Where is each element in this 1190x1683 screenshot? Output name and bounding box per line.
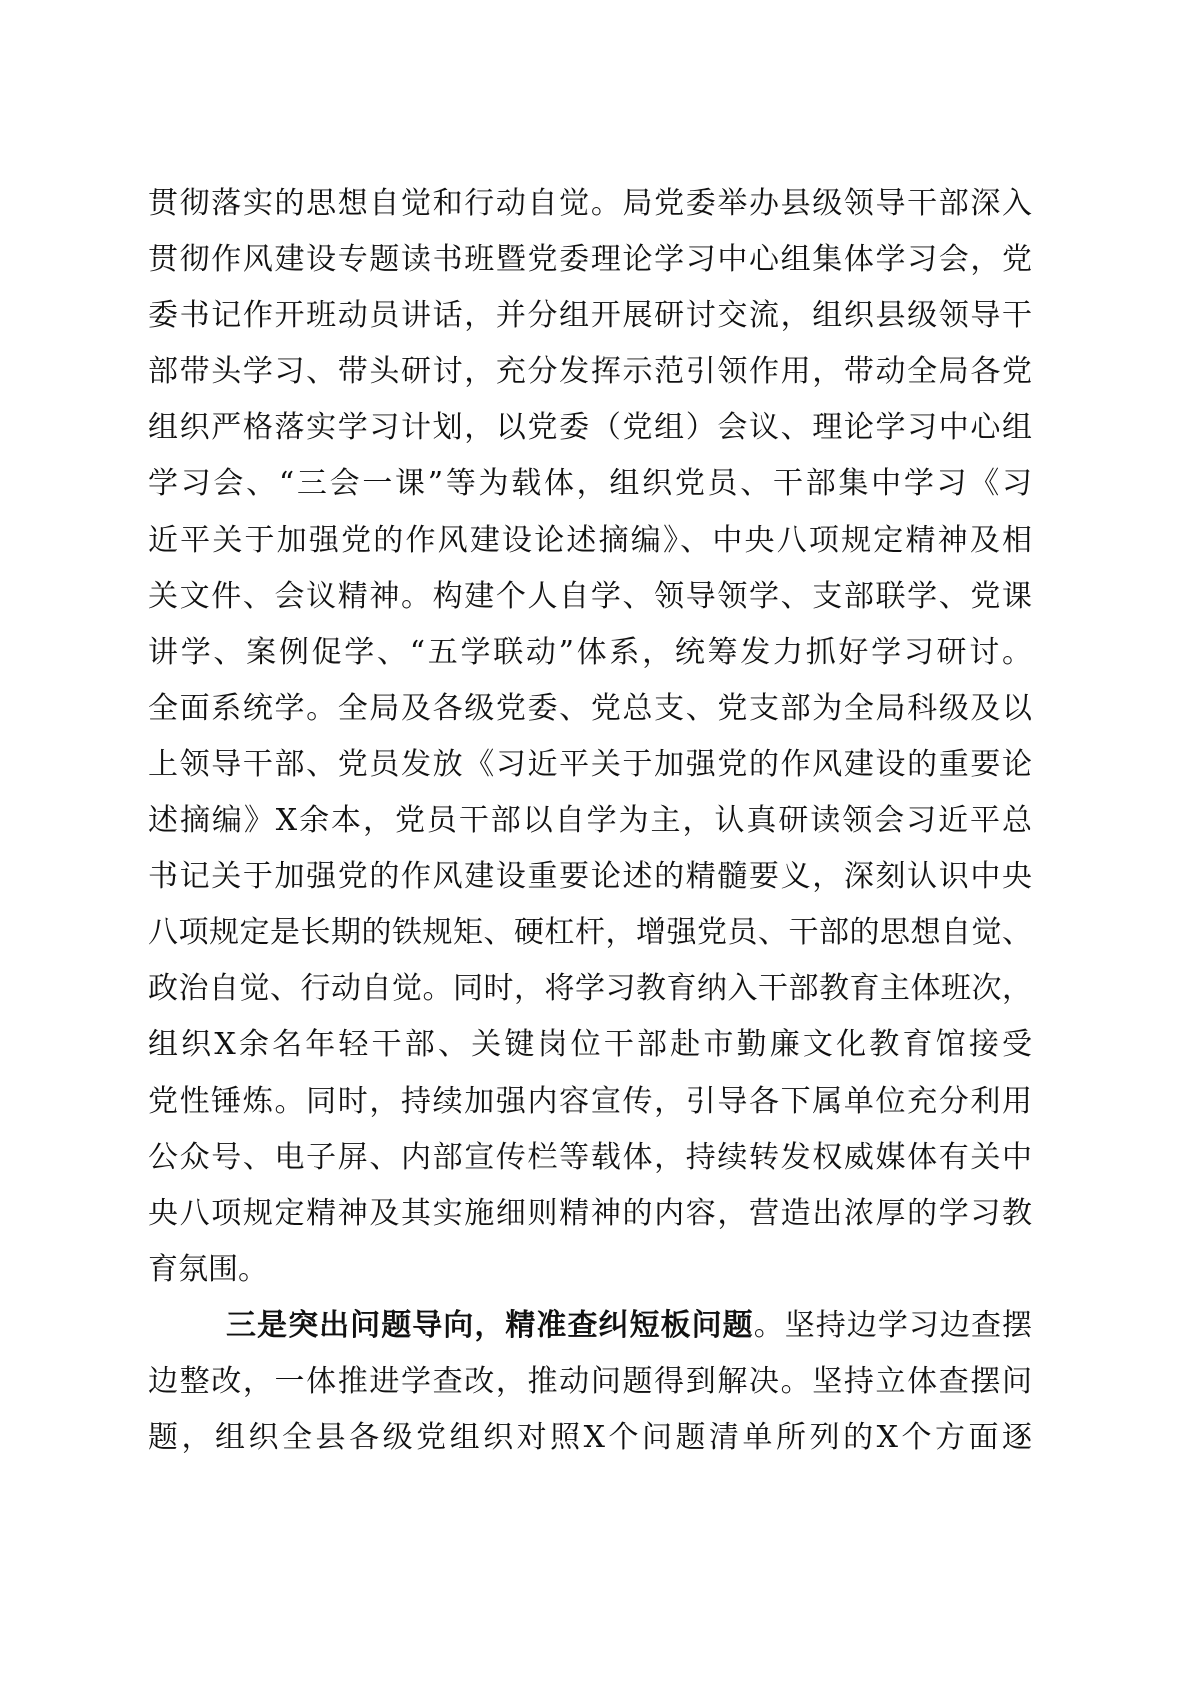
text-line: 题，组织全县各级党组织对照X个问题清单所列的X个方面逐 [148,1410,1032,1466]
text-line: 政治自觉、行动自觉。同时，将学习教育纳入干部教育主体班次， [148,961,1032,1017]
text-line: 八项规定是长期的铁规矩、硬杠杆，增强党员、干部的思想自觉、 [148,905,1032,961]
text-line: 贯彻作风建设专题读书班暨党委理论学习中心组集体学习会，党 [148,232,1032,288]
text-line: 央八项规定精神及其实施细则精神的内容，营造出浓厚的学习教 [148,1186,1032,1242]
text-line: 边整改，一体推进学查改，推动问题得到解决。坚持立体查摆问 [148,1354,1032,1410]
text-line: 贯彻落实的思想自觉和行动自觉。局党委举办县级领导干部深入 [148,176,1032,232]
section-heading: 三是突出问题导向，精准查纠短板问题 [226,1308,754,1343]
text-line: 述摘编》X余本，党员干部以自学为主，认真研读领会习近平总 [148,793,1032,849]
text-line: 公众号、电子屏、内部宣传栏等载体，持续转发权威媒体有关中 [148,1130,1032,1186]
text-line: 讲学、案例促学、“五学联动”体系，统筹发力抓好学习研讨。 [148,625,1032,681]
section-heading-line: 三是突出问题导向，精准查纠短板问题。坚持边学习边查摆 [148,1298,1032,1354]
paragraph-study-activities: 贯彻落实的思想自觉和行动自觉。局党委举办县级领导干部深入 贯彻作风建设专题读书班… [148,176,1032,1298]
text-line: 委书记作开班动员讲话，并分组开展研讨交流，组织县级领导干 [148,288,1032,344]
heading-line-continuation: 。坚持边学习边查摆 [754,1308,1032,1343]
document-page: 贯彻落实的思想自觉和行动自觉。局党委举办县级领导干部深入 贯彻作风建设专题读书班… [0,0,1190,1683]
text-line: 组织严格落实学习计划，以党委（党组）会议、理论学习中心组 [148,400,1032,456]
text-line: 党性锤炼。同时，持续加强内容宣传，引导各下属单位充分利用 [148,1074,1032,1130]
text-line: 关文件、会议精神。构建个人自学、领导领学、支部联学、党课 [148,569,1032,625]
text-line: 组织X余名年轻干部、关键岗位干部赴市勤廉文化教育馆接受 [148,1017,1032,1073]
text-line: 学习会、“三会一课”等为载体，组织党员、干部集中学习《习 [148,456,1032,512]
text-line: 近平关于加强党的作风建设论述摘编》、中央八项规定精神及相 [148,513,1032,569]
text-line: 育氛围。 [148,1242,1032,1298]
text-line: 全面系统学。全局及各级党委、党总支、党支部为全局科级及以 [148,681,1032,737]
text-line: 部带头学习、带头研讨，充分发挥示范引领作用，带动全局各党 [148,344,1032,400]
text-line: 书记关于加强党的作风建设重要论述的精髓要义，深刻认识中央 [148,849,1032,905]
document-body: 贯彻落实的思想自觉和行动自觉。局党委举办县级领导干部深入 贯彻作风建设专题读书班… [148,176,1032,1466]
paragraph-section-three: 三是突出问题导向，精准查纠短板问题。坚持边学习边查摆 边整改，一体推进学查改，推… [148,1298,1032,1466]
text-line: 上领导干部、党员发放《习近平关于加强党的作风建设的重要论 [148,737,1032,793]
